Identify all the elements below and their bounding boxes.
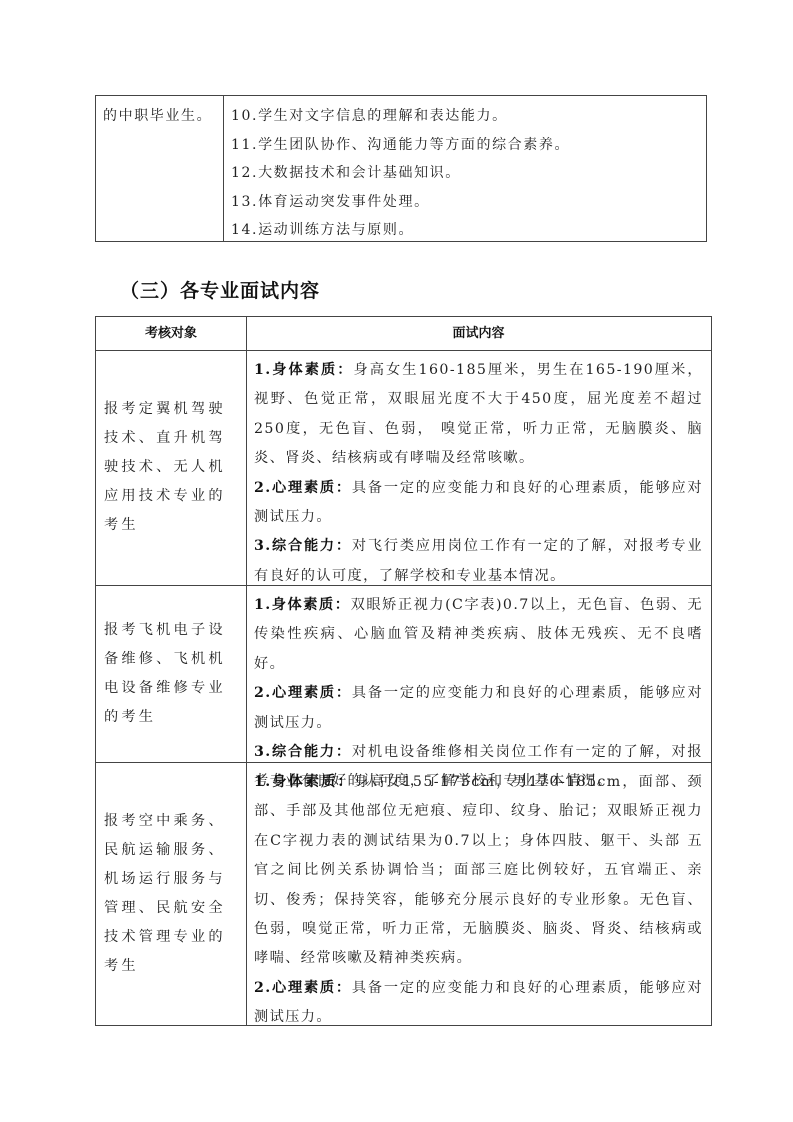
table-row: 报考飞机电子设备维修、飞机机电设备维修专业的考生 1.身体素质：双眼矫正视力(C… bbox=[96, 585, 711, 762]
list-item: 11.学生团队协作、沟通能力等方面的综合素养。 bbox=[231, 131, 570, 160]
column-divider bbox=[223, 96, 224, 241]
interview-content-table: 考核对象 面试内容 报考定翼机驾驶技术、直升机驾驶技术、无人机应用技术专业的考生… bbox=[95, 316, 712, 1026]
requirement-item: 3.综合能力：对飞行类应用岗位工作有一定的了解，对报考专业有良好的认可度，了解学… bbox=[254, 532, 703, 591]
list-item: 12.大数据技术和会计基础知识。 bbox=[231, 159, 570, 188]
requirement-item: 2.心理素质：具备一定的应变能力和良好的心理素质，能够应对测试压力。 bbox=[254, 679, 703, 738]
subject-cell: 的中职毕业生。 bbox=[103, 102, 212, 130]
header-content: 面试内容 bbox=[246, 317, 711, 350]
subject-cell: 报考飞机电子设备维修、飞机机电设备维修专业的考生 bbox=[104, 585, 242, 762]
requirement-item: 2.心理素质：具备一定的应变能力和良好的心理素质，能够应对测试压力。 bbox=[254, 974, 703, 1033]
subject-cell: 报考定翼机驾驶技术、直升机驾驶技术、无人机应用技术专业的考生 bbox=[104, 350, 242, 585]
table-row: 报考定翼机驾驶技术、直升机驾驶技术、无人机应用技术专业的考生 1.身体素质：身高… bbox=[96, 350, 711, 585]
requirement-item: 2.心理素质：具备一定的应变能力和良好的心理素质，能够应对测试压力。 bbox=[254, 474, 703, 533]
list-item: 13.体育运动突发事件处理。 bbox=[231, 188, 570, 217]
content-cell: 1.身体素质：身高女生160-185厘米，男生在165-190厘米，视野、色觉正… bbox=[254, 356, 703, 591]
content-list: 10.学生对文字信息的理解和表达能力。 11.学生团队协作、沟通能力等方面的综合… bbox=[231, 102, 570, 245]
list-item: 14.运动训练方法与原则。 bbox=[231, 216, 570, 245]
list-item: 10.学生对文字信息的理解和表达能力。 bbox=[231, 102, 570, 131]
content-cell: 1.身体素质：身高女155-175cm，男170-185cm，面部、颈部、手部及… bbox=[254, 768, 703, 1033]
requirement-item: 1.身体素质：身高女155-175cm，男170-185cm，面部、颈部、手部及… bbox=[254, 768, 703, 974]
subject-cell: 报考空中乘务、民航运输服务、机场运行服务与管理、民航安全技术管理专业的考生 bbox=[104, 762, 242, 1026]
header-subject: 考核对象 bbox=[96, 317, 246, 350]
table-row: 报考空中乘务、民航运输服务、机场运行服务与管理、民航安全技术管理专业的考生 1.… bbox=[96, 762, 711, 1026]
requirement-item: 1.身体素质：双眼矫正视力(C字表)0.7以上，无色盲、色弱、无传染性疾病、心脑… bbox=[254, 591, 703, 679]
section-heading: （三）各专业面试内容 bbox=[120, 276, 320, 303]
requirement-item: 1.身体素质：身高女生160-185厘米，男生在165-190厘米，视野、色觉正… bbox=[254, 356, 703, 474]
continued-table: 的中职毕业生。 10.学生对文字信息的理解和表达能力。 11.学生团队协作、沟通… bbox=[95, 95, 707, 242]
